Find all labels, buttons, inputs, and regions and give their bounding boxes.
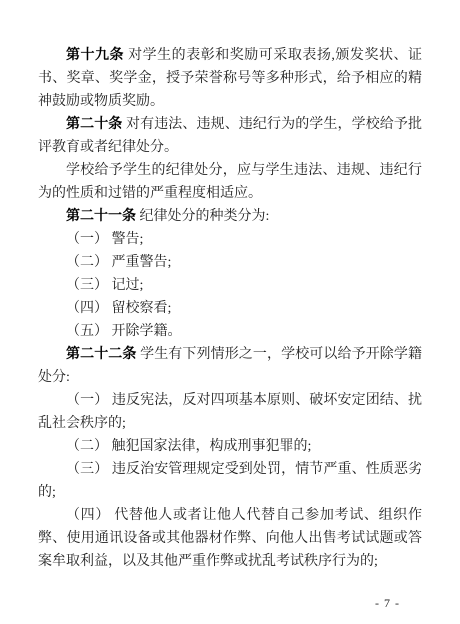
page-footer: - 7 - — [375, 597, 400, 609]
list-item-text: （二） 触犯国家法律，构成刑事犯罪的; — [66, 439, 311, 454]
article-22-list-item-3: （三） 违反治安管理规定受到处罚，情节严重、性质恶劣的; — [38, 458, 422, 504]
list-item-text: （三） 违反治安管理规定受到处罚，情节严重、性质恶劣的; — [38, 462, 422, 500]
list-item-text: （五） 开除学籍。 — [66, 324, 182, 339]
article-21-list-item-2: （二） 严重警告; — [38, 251, 422, 274]
article-21-list-item-3: （三） 记过; — [38, 274, 422, 297]
document-body: 第十九条 对学生的表彰和奖励可采取表扬,颁发奖状、证书、奖章、奖学金，授予荣誉称… — [38, 44, 422, 573]
article-20-continuation-text: 学校给予学生的纪律处分，应与学生违法、违规、违纪行为的性质和过错的严重程度相适应… — [38, 163, 422, 201]
article-20-number: 第二十条 — [66, 117, 122, 132]
article-21-list-item-1: （一） 警告; — [38, 228, 422, 251]
article-22-list-item-4: （四） 代替他人或者让他人代替自己参加考试、组织作弊、使用通讯设备或其他器材作弊… — [38, 504, 422, 573]
article-21-number: 第二十一条 — [66, 209, 136, 224]
article-21-list-item-4: （四） 留校察看; — [38, 297, 422, 320]
list-item-text: （三） 记过; — [66, 278, 143, 293]
page-number: - 7 - — [375, 596, 400, 610]
paragraph-article-22: 第二十二条 学生有下列情形之一，学校可以给予开除学籍处分: — [38, 343, 422, 389]
list-item-text: （二） 严重警告; — [66, 255, 171, 270]
article-21-list-item-5: （五） 开除学籍。 — [38, 320, 422, 343]
article-22-list-item-2: （二） 触犯国家法律，构成刑事犯罪的; — [38, 435, 422, 458]
paragraph-article-19: 第十九条 对学生的表彰和奖励可采取表扬,颁发奖状、证书、奖章、奖学金，授予荣誉称… — [38, 44, 422, 113]
article-22-list-item-1: （一） 违反宪法，反对四项基本原则、破坏安定团结、扰乱社会秩序的; — [38, 389, 422, 435]
article-19-number: 第十九条 — [66, 48, 124, 63]
paragraph-article-20: 第二十条 对有违法、违规、违纪行为的学生，学校给予批评教育或者纪律处分。 — [38, 113, 422, 159]
list-item-text: （四） 留校察看; — [66, 301, 171, 316]
paragraph-article-20-continuation: 学校给予学生的纪律处分，应与学生违法、违规、违纪行为的性质和过错的严重程度相适应… — [38, 159, 422, 205]
article-22-number: 第二十二条 — [66, 347, 137, 362]
list-item-text: （四） 代替他人或者让他人代替自己参加考试、组织作弊、使用通讯设备或其他器材作弊… — [38, 508, 422, 569]
document-page: 第十九条 对学生的表彰和奖励可采取表扬,颁发奖状、证书、奖章、奖学金，授予荣誉称… — [0, 0, 460, 624]
article-21-text: 纪律处分的种类分为: — [136, 209, 269, 224]
list-item-text: （一） 违反宪法，反对四项基本原则、破坏安定团结、扰乱社会秩序的; — [38, 393, 422, 431]
list-item-text: （一） 警告; — [66, 232, 143, 247]
paragraph-article-21: 第二十一条 纪律处分的种类分为: — [38, 205, 422, 228]
